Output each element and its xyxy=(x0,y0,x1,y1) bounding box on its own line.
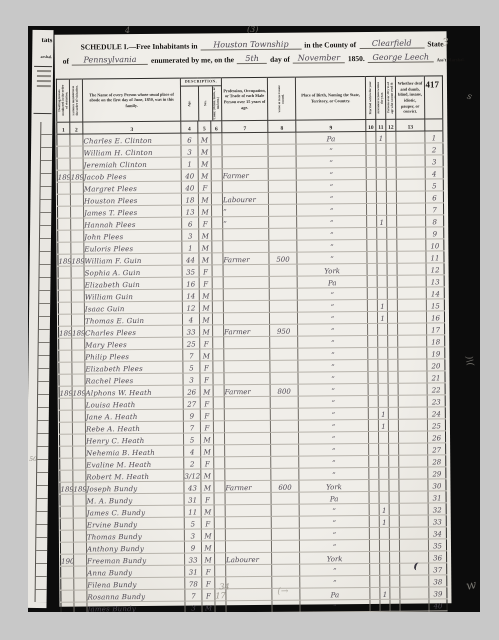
header-occupation: Profession, Occupation, or Trade of each… xyxy=(221,77,267,121)
cell-married xyxy=(366,192,376,204)
cell-married xyxy=(367,288,377,300)
cell-sex: M xyxy=(199,253,212,265)
cell-name: Anna Bundy xyxy=(87,565,185,578)
cell-name: Philip Plees xyxy=(85,349,183,362)
cell-birthplace: ” xyxy=(300,576,370,589)
cell-dwelling-number xyxy=(61,566,74,578)
cell-married xyxy=(367,216,377,228)
cell-cannot-read xyxy=(388,419,398,431)
cell-family-number xyxy=(71,290,84,302)
col-num: 9 xyxy=(296,120,366,133)
cell-birthplace: ” xyxy=(297,300,367,313)
col-num: 6 xyxy=(211,121,222,133)
cell-dwelling-number xyxy=(58,206,71,218)
cell-name: Joseph Bundy xyxy=(86,481,184,494)
cell-family-number xyxy=(71,314,84,326)
cell-birthplace: ” xyxy=(298,396,368,409)
cell-family-number xyxy=(70,182,83,194)
cell-attended-school xyxy=(376,155,386,167)
cell-family-number xyxy=(71,242,84,254)
col-num: 8 xyxy=(268,120,296,132)
cell-name: William F. Guin xyxy=(84,253,182,266)
cell-remarks xyxy=(397,227,426,239)
cell-remarks xyxy=(398,419,427,431)
cell-age: 43 xyxy=(184,481,201,493)
cell-birthplace: ” xyxy=(299,516,369,529)
cell-remarks xyxy=(398,371,427,383)
cell-line-number: 37 xyxy=(429,563,447,575)
cell-real-estate-value xyxy=(272,552,300,564)
cell-line-number: 27 xyxy=(428,443,446,455)
cell-dwelling-number xyxy=(58,218,71,230)
cell-name: Isaac Guin xyxy=(84,301,182,314)
cell-attended-school xyxy=(377,251,387,263)
cell-attended-school xyxy=(380,551,390,563)
cell-attended-school xyxy=(379,527,389,539)
cell-remarks xyxy=(399,491,428,503)
cell-age: 12 xyxy=(182,301,199,313)
cell-married xyxy=(368,348,378,360)
cell-remarks xyxy=(397,287,426,299)
cell-sex: M xyxy=(198,133,211,145)
cell-age: 5 xyxy=(183,361,200,373)
cell-cannot-read xyxy=(389,455,399,467)
cell-family-number: 1895 xyxy=(70,170,83,182)
cell-line-number: 6 xyxy=(425,191,443,203)
pencil-squiggle: (→ xyxy=(277,587,288,597)
cell-remarks xyxy=(398,335,427,347)
cell-married xyxy=(369,444,379,456)
header-family: Families numbered in the order of visita… xyxy=(69,79,82,122)
cell-married xyxy=(367,312,377,324)
cell-attended-school xyxy=(378,347,388,359)
cell-color xyxy=(211,145,222,157)
cell-real-estate-value xyxy=(271,516,299,528)
cell-remarks xyxy=(399,515,428,527)
cell-name: Thomas E. Guin xyxy=(84,313,182,326)
cell-dwelling-number xyxy=(57,134,70,146)
cell-age: 3 xyxy=(185,601,202,612)
pencil-note: 50 xyxy=(29,456,37,463)
cell-name: M. A. Bundy xyxy=(86,493,184,506)
cell-occupation xyxy=(224,336,270,348)
cell-remarks xyxy=(396,167,425,179)
cell-family-number xyxy=(71,278,84,290)
cell-family-number xyxy=(73,506,86,518)
cell-remarks xyxy=(398,323,427,335)
cell-dwelling-number xyxy=(60,542,73,554)
cell-age: 4 xyxy=(182,313,199,325)
cell-birthplace: ” xyxy=(297,312,367,325)
cell-name: Rosanna Bundy xyxy=(87,589,185,602)
cell-color xyxy=(212,253,223,265)
cell-family-number xyxy=(74,578,87,590)
cell-name: Jacob Plees xyxy=(83,169,181,182)
cell-attended-school xyxy=(380,575,390,587)
cell-occupation xyxy=(226,576,272,588)
sliver-text-fragment: arshal. xyxy=(41,54,53,59)
cell-real-estate-value xyxy=(271,540,299,552)
cell-age: 35 xyxy=(182,265,199,277)
cell-dwelling-number xyxy=(57,182,70,194)
cell-dwelling-number xyxy=(59,374,72,386)
cell-color xyxy=(213,433,224,445)
cell-name: Rachel Plees xyxy=(85,373,183,386)
cell-married xyxy=(370,552,380,564)
cell-family-number: 1898 xyxy=(72,386,85,398)
cell-remarks xyxy=(397,239,426,251)
col-num: 11 xyxy=(376,119,386,131)
cell-color xyxy=(213,409,224,421)
cell-attended-school xyxy=(379,431,389,443)
cell-name: Euloris Plees xyxy=(84,241,182,254)
scan-background: tats arshal. 50 4 (3) s )\( w SCHEDULE I… xyxy=(28,26,480,612)
cell-age: 9 xyxy=(183,409,200,421)
cell-occupation xyxy=(223,228,269,240)
cell-line-number: 5 xyxy=(425,179,443,191)
cell-name: Hannah Plees xyxy=(84,217,182,230)
cell-color xyxy=(214,445,225,457)
cell-remarks xyxy=(400,587,429,599)
cell-age: 7 xyxy=(185,589,202,601)
cell-birthplace: ” xyxy=(297,204,367,217)
header-description-group: DESCRIPTION. Age. Sex. Color, (White, bl… xyxy=(180,78,221,121)
cell-cannot-read xyxy=(389,479,399,491)
cell-dwelling-number xyxy=(60,470,73,482)
marshal-signature: George Leech xyxy=(368,52,434,63)
cell-birthplace: ” xyxy=(296,144,366,157)
cell-dwelling-number xyxy=(59,422,72,434)
cell-remarks xyxy=(396,191,425,203)
cell-attended-school xyxy=(378,335,388,347)
sliver-header-fragment xyxy=(34,66,53,114)
col-num: 4 xyxy=(181,121,198,133)
cell-color xyxy=(212,301,223,313)
cell-dwelling-number: 1900 xyxy=(61,554,74,566)
cell-dwelling-number xyxy=(60,458,73,470)
col-num: 13 xyxy=(396,119,425,131)
cell-birthplace: ” xyxy=(298,420,368,433)
cell-birthplace: ” xyxy=(299,444,369,457)
cell-color xyxy=(213,361,224,373)
cell-married xyxy=(368,396,378,408)
cell-occupation xyxy=(224,408,270,420)
cell-remarks xyxy=(399,479,428,491)
cell-real-estate-value xyxy=(271,504,299,516)
cell-attended-school: 1 xyxy=(377,299,387,311)
cell-occupation: Labourer xyxy=(222,192,268,204)
cell-line-number: 19 xyxy=(427,347,445,359)
cell-line-number: 22 xyxy=(427,383,445,395)
cell-real-estate-value: 600 xyxy=(271,480,299,492)
cell-dwelling-number xyxy=(61,602,74,612)
cell-cannot-read xyxy=(388,359,398,371)
cell-dwelling-number xyxy=(59,398,72,410)
cell-real-estate-value xyxy=(270,372,298,384)
cell-occupation xyxy=(222,156,268,168)
cell-cannot-read xyxy=(386,131,396,143)
cell-sex: M xyxy=(198,157,211,169)
cell-remarks xyxy=(400,575,429,587)
cell-real-estate-value xyxy=(269,216,297,228)
cell-age: 3 xyxy=(181,145,198,157)
cell-attended-school xyxy=(377,203,387,215)
cell-attended-school xyxy=(380,599,390,611)
cell-color xyxy=(212,265,223,277)
cell-married xyxy=(368,372,378,384)
cell-real-estate-value xyxy=(272,564,300,576)
cell-cannot-read xyxy=(389,491,399,503)
cell-cannot-read xyxy=(388,323,398,335)
col-num: 12 xyxy=(386,119,396,131)
cell-remarks xyxy=(396,143,425,155)
cell-real-estate-value xyxy=(268,168,296,180)
cell-line-number: 36 xyxy=(429,551,447,563)
cell-attended-school xyxy=(379,479,389,491)
cell-attended-school xyxy=(378,359,388,371)
cell-birthplace: York xyxy=(300,552,370,565)
cell-married xyxy=(369,456,379,468)
cell-sex: M xyxy=(201,541,214,553)
cell-age: 4 xyxy=(184,445,201,457)
scan-artifact: )\( xyxy=(463,355,475,367)
cell-age: 11 xyxy=(184,505,201,517)
cell-attended-school xyxy=(378,383,388,395)
cell-line-number: 4 xyxy=(425,167,443,179)
cell-married xyxy=(366,156,376,168)
cell-occupation: Farmer xyxy=(224,324,270,336)
cell-cannot-read xyxy=(387,215,397,227)
cell-color xyxy=(214,505,225,517)
cell-attended-school: 1 xyxy=(377,311,387,323)
scan-artifact: w xyxy=(464,577,477,593)
cell-attended-school xyxy=(377,263,387,275)
title-dayof: day of xyxy=(270,55,290,64)
cell-cannot-read xyxy=(387,275,397,287)
cell-color xyxy=(215,601,226,612)
cell-attended-school xyxy=(379,539,389,551)
cell-attended-school xyxy=(377,239,387,251)
cell-attended-school xyxy=(376,191,386,203)
cell-real-estate-value xyxy=(271,492,299,504)
col-num: 1 xyxy=(57,122,70,134)
cell-age: 3 xyxy=(182,229,199,241)
cell-line-number: 21 xyxy=(427,371,445,383)
cell-cannot-read xyxy=(386,179,396,191)
cell-attended-school xyxy=(377,287,387,299)
cell-family-number xyxy=(74,590,87,602)
cell-married xyxy=(370,588,380,600)
cell-attended-school xyxy=(376,179,386,191)
cell-remarks xyxy=(400,551,429,563)
cell-age: 1 xyxy=(181,157,198,169)
cell-line-number: 12 xyxy=(426,263,444,275)
cell-remarks xyxy=(396,155,425,167)
cell-attended-school xyxy=(377,275,387,287)
cell-sex: F xyxy=(201,457,214,469)
cell-dwelling-number xyxy=(59,362,72,374)
title-enumerated: enumerated by me, on the xyxy=(151,55,234,65)
cell-name: Henry C. Heath xyxy=(85,433,183,446)
cell-remarks xyxy=(397,275,426,287)
cell-dwelling-number xyxy=(58,302,71,314)
cell-dwelling-number: 1895 xyxy=(57,170,70,182)
cell-age: 3 xyxy=(184,529,201,541)
cell-cannot-read xyxy=(387,311,397,323)
cell-married xyxy=(369,540,379,552)
cell-line-number: 1 xyxy=(425,131,443,143)
schedule-title-line2: of Pennsylvania enumerated by me, on the… xyxy=(63,52,444,65)
cell-birthplace: ” xyxy=(299,468,369,481)
cell-age: 14 xyxy=(182,289,199,301)
cell-dwelling-number xyxy=(60,518,73,530)
cell-sex: M xyxy=(198,145,211,157)
cell-remarks xyxy=(400,611,429,612)
cell-age: 5 xyxy=(183,433,200,445)
cell-cannot-read xyxy=(387,299,397,311)
day-entry: 5th xyxy=(237,54,267,64)
cell-line-number: 39 xyxy=(429,587,447,599)
cell-sex: F xyxy=(199,265,212,277)
cell-line-number: 31 xyxy=(428,491,446,503)
cell-attended-school xyxy=(377,227,387,239)
cell-birthplace: York xyxy=(297,264,367,277)
cell-remarks xyxy=(399,455,428,467)
cell-name: Sophia A. Guin xyxy=(84,265,182,278)
cell-cannot-read xyxy=(389,431,399,443)
cell-dwelling-number xyxy=(58,278,71,290)
cell-name: Freeman Bundy xyxy=(87,553,185,566)
cell-color xyxy=(213,373,224,385)
cell-cannot-read xyxy=(386,167,396,179)
cell-occupation xyxy=(225,456,271,468)
cell-sex: F xyxy=(200,397,213,409)
header-sex: Sex. xyxy=(199,86,213,120)
cell-real-estate-value xyxy=(271,444,299,456)
cell-cannot-read xyxy=(386,191,396,203)
cell-age: 40 xyxy=(181,181,198,193)
cell-line-number: 8 xyxy=(426,215,444,227)
cell-name: Filena Bundy xyxy=(87,577,185,590)
cell-real-estate-value xyxy=(270,348,298,360)
cell-name: Evaline M. Heath xyxy=(86,457,184,470)
cell-sex: M xyxy=(200,433,213,445)
cell-sex: F xyxy=(199,277,212,289)
cell-color xyxy=(211,181,222,193)
cell-age: 33 xyxy=(183,325,200,337)
cell-sex: M xyxy=(200,385,213,397)
cell-married xyxy=(369,480,379,492)
cell-line-number: 3 xyxy=(425,155,443,167)
cell-birthplace: ” xyxy=(298,360,368,373)
cell-occupation xyxy=(223,288,269,300)
cell-birthplace: ” xyxy=(300,564,370,577)
cell-color xyxy=(212,313,223,325)
cell-cannot-read xyxy=(386,155,396,167)
cell-occupation xyxy=(224,360,270,372)
cell-age: 5 xyxy=(184,517,201,529)
cell-dwelling-number xyxy=(59,350,72,362)
cell-line-number: 13 xyxy=(426,275,444,287)
cell-remarks xyxy=(399,527,428,539)
cell-married xyxy=(368,336,378,348)
cell-remarks xyxy=(399,503,428,515)
cell-cannot-read xyxy=(390,587,400,599)
cell-family-number xyxy=(73,458,86,470)
state-entry: Pennsylvania xyxy=(72,55,148,66)
cell-married xyxy=(366,132,376,144)
header-cannot-read: Persons over 20 y'rs of age who cannot r… xyxy=(385,76,395,119)
cell-line-number: 16 xyxy=(426,311,444,323)
cell-cannot-read xyxy=(389,539,399,551)
cell-name: Charles Plees xyxy=(85,325,183,338)
cell-occupation: ” xyxy=(223,216,269,228)
cell-married xyxy=(366,168,376,180)
cell-color xyxy=(213,349,224,361)
previous-page-edge: tats arshal. 50 xyxy=(28,30,54,608)
header-birthplace: Place of Birth, Naming the State, Territ… xyxy=(295,77,365,121)
cell-name: Houston Plees xyxy=(83,193,181,206)
cell-name: Louisa Heath xyxy=(85,397,183,410)
cell-birthplace: ” xyxy=(296,156,366,169)
cell-remarks xyxy=(398,407,427,419)
cell-line-number: 30 xyxy=(428,479,446,491)
cell-dwelling-number: 1896 xyxy=(58,254,71,266)
cell-sex: F xyxy=(200,409,213,421)
cell-dwelling-number: 1897 xyxy=(59,326,72,338)
cell-cannot-read xyxy=(390,551,400,563)
cell-line-number: 29 xyxy=(428,467,446,479)
header-lineno-spacer xyxy=(424,76,442,119)
cell-remarks xyxy=(397,311,426,323)
cell-line-number: 33 xyxy=(428,515,446,527)
cell-name: Jane A. Heath xyxy=(85,409,183,422)
cell-family-number xyxy=(73,518,86,530)
pencil-tally: 17 xyxy=(215,591,225,600)
cell-age: 31 xyxy=(185,565,202,577)
cell-attended-school xyxy=(380,611,390,612)
cell-name: Rebe A. Heath xyxy=(85,421,183,434)
cell-cannot-read xyxy=(389,503,399,515)
cell-cannot-read xyxy=(388,335,398,347)
cell-line-number: 9 xyxy=(426,227,444,239)
cell-occupation: Labourer xyxy=(226,552,272,564)
cell-attended-school xyxy=(378,323,388,335)
cell-cannot-read xyxy=(389,443,399,455)
cell-attended-school: 1 xyxy=(379,503,389,515)
cell-birthplace: ” xyxy=(299,528,369,541)
col-num: 7 xyxy=(222,120,268,132)
cell-cannot-read xyxy=(389,527,399,539)
header-married: Married within the year. xyxy=(365,76,375,119)
cell-married xyxy=(367,300,377,312)
cell-family-number xyxy=(73,530,86,542)
cell-sex: M xyxy=(199,289,212,301)
cell-sex: M xyxy=(200,349,213,361)
cell-married xyxy=(369,468,379,480)
cell-name: Alphons W. Heath xyxy=(85,385,183,398)
cell-sex: M xyxy=(199,229,212,241)
cell-age: 6 xyxy=(181,133,198,145)
marshal-label: Ass't Marshal. xyxy=(437,57,465,62)
cell-family-number xyxy=(71,218,84,230)
cell-dwelling-number: 1898 xyxy=(59,386,72,398)
cell-color xyxy=(212,241,223,253)
cell-occupation xyxy=(224,420,270,432)
cell-sex: M xyxy=(201,445,214,457)
cell-occupation xyxy=(225,444,271,456)
cell-name: Elizabeth Guin xyxy=(84,277,182,290)
